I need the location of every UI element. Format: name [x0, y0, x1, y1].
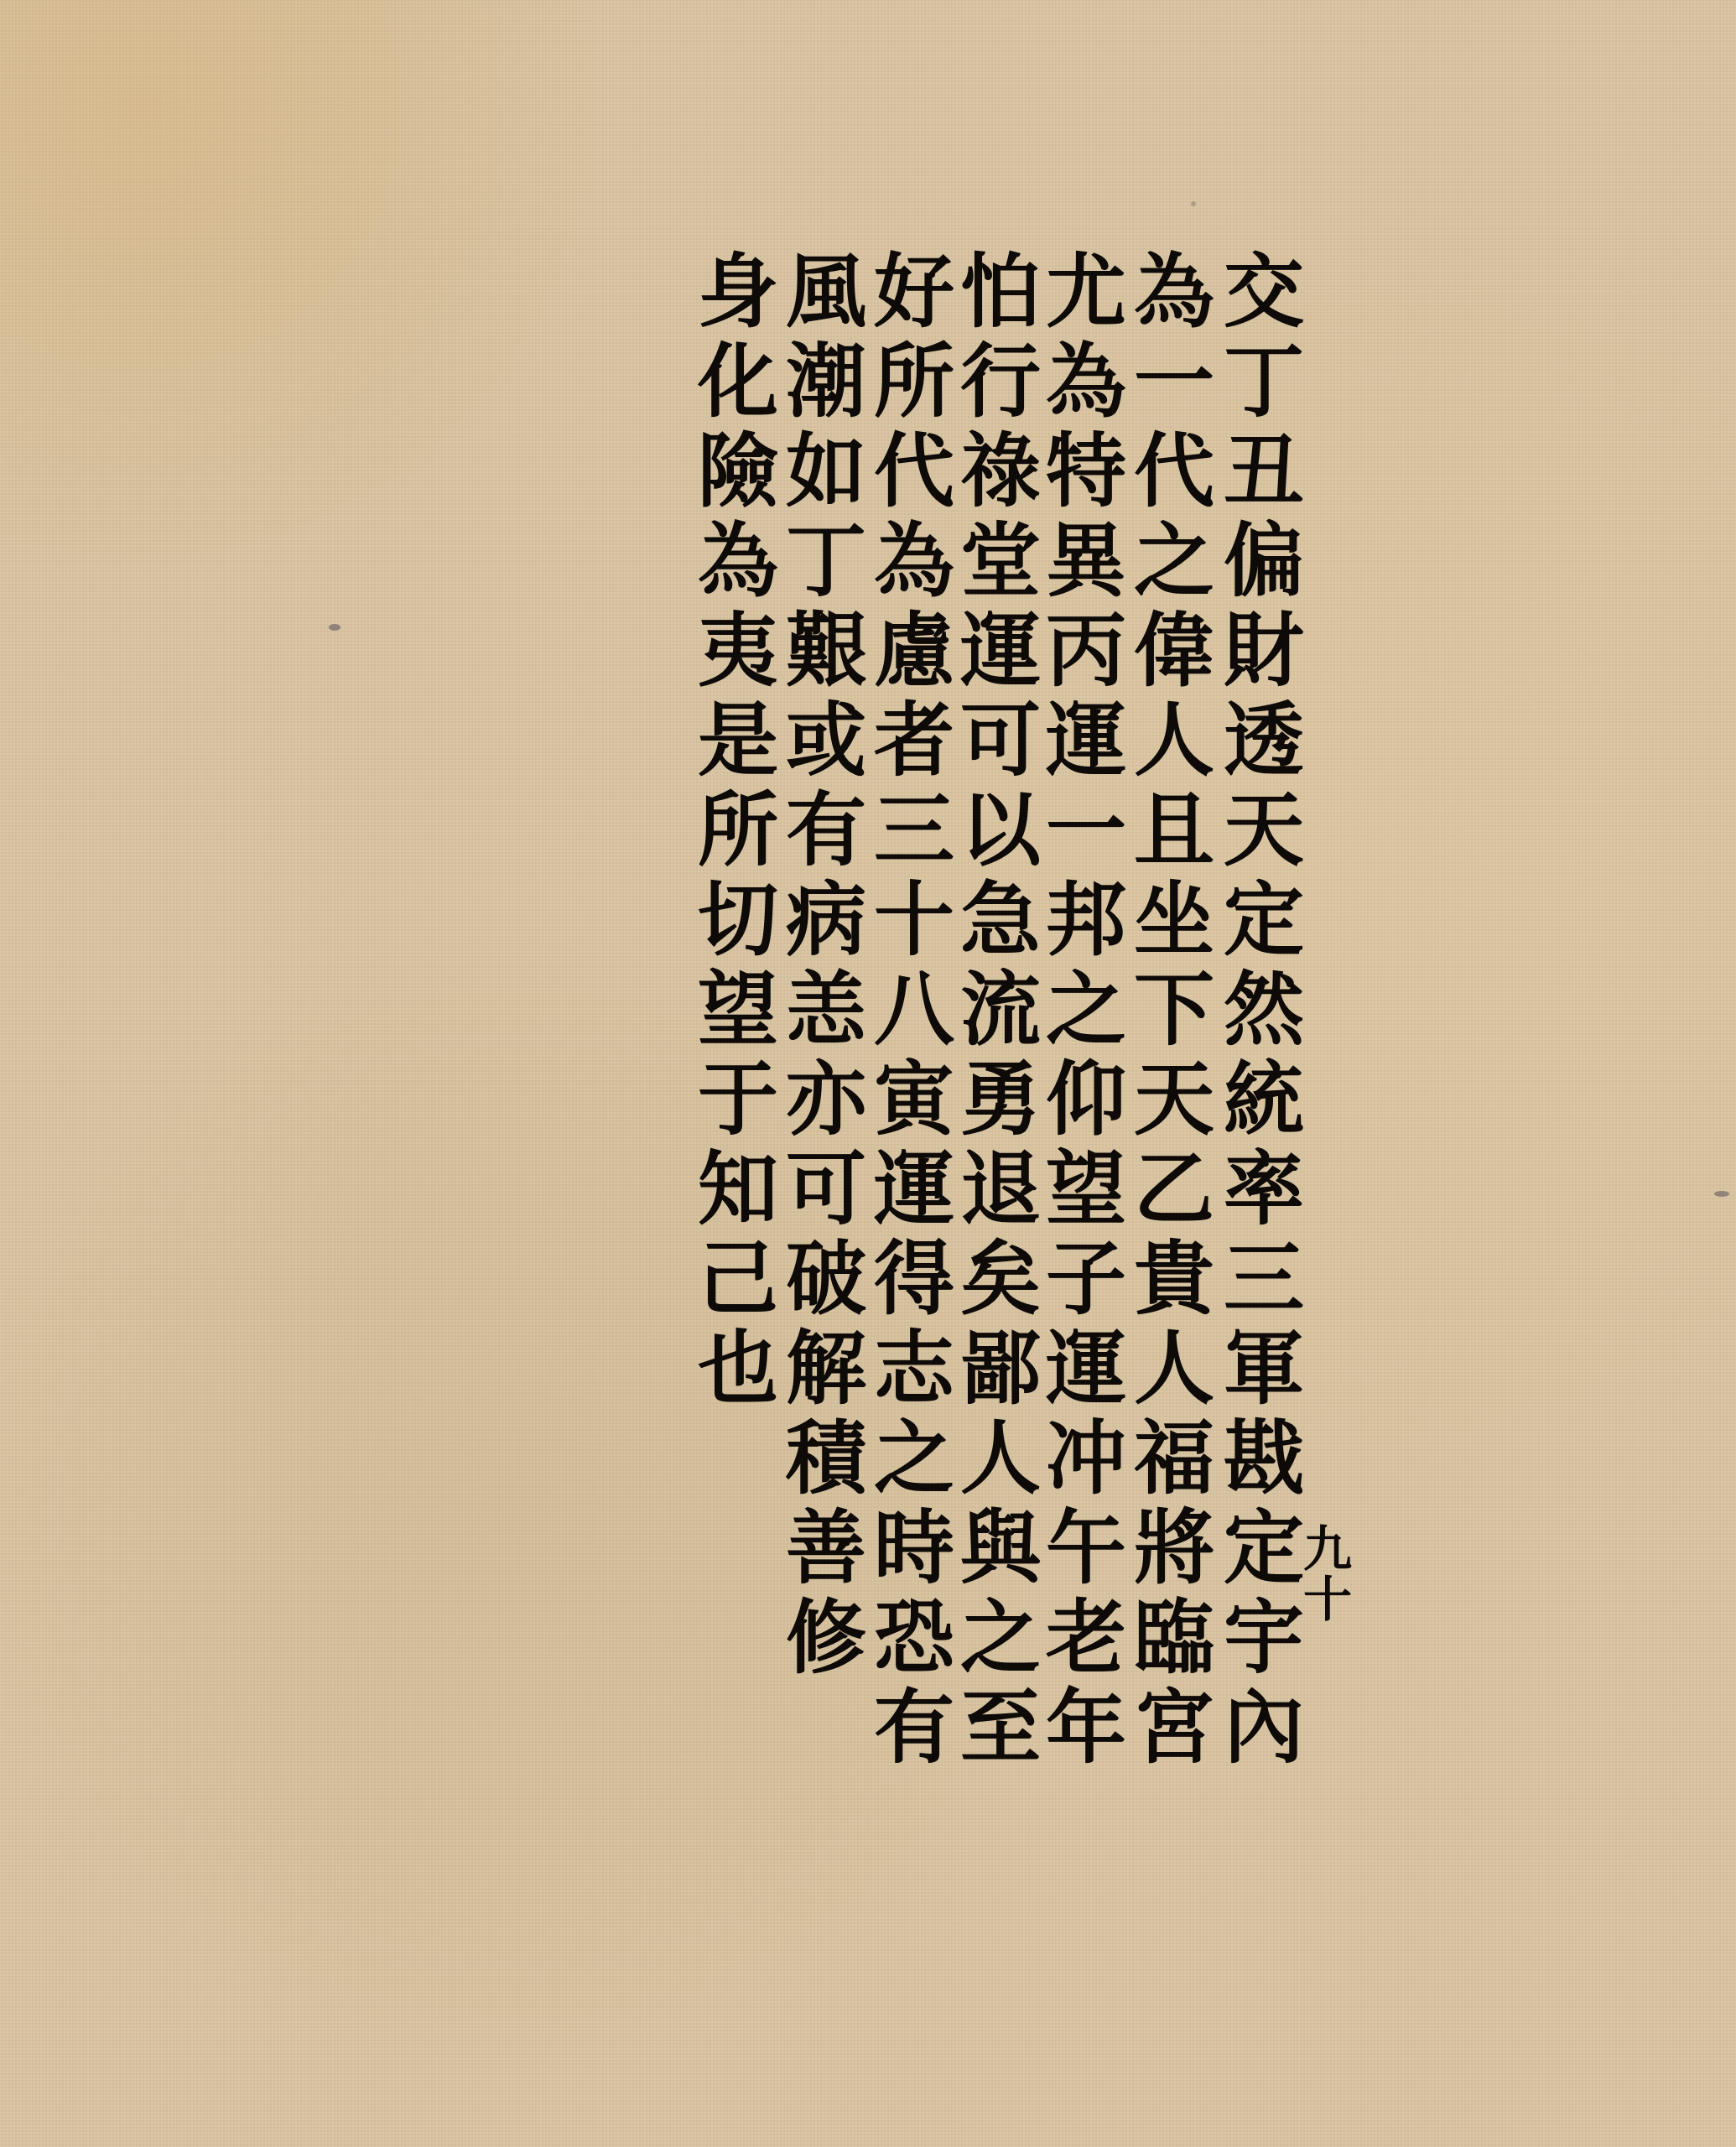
glyph: 可 [960, 700, 1041, 790]
text-column-7: 身化險為夷是所切望于知己也 [692, 252, 784, 1418]
glyph: 軍 [1224, 1328, 1304, 1418]
glyph: 人 [960, 1418, 1041, 1508]
glyph: 臨 [1134, 1598, 1214, 1687]
glyph: 宮 [1134, 1687, 1214, 1777]
glyph: 三 [1224, 1239, 1304, 1328]
paper-blemish [1714, 1191, 1729, 1197]
glyph: 透 [1224, 700, 1304, 790]
glyph: 是 [698, 700, 778, 790]
glyph: 十 [874, 880, 954, 970]
glyph: 率 [1224, 1149, 1304, 1239]
glyph: 有 [786, 790, 866, 880]
glyph: 破 [786, 1239, 866, 1328]
glyph: 也 [698, 1328, 778, 1418]
glyph: 為 [1134, 252, 1214, 341]
text-column-4: 怕行祿堂運可以急流勇退矣鄙人與之至 [954, 252, 1047, 1777]
glyph: 寅 [874, 1059, 954, 1149]
glyph: 之 [960, 1598, 1041, 1687]
glyph: 天 [1134, 1059, 1214, 1149]
glyph: 丙 [1046, 611, 1126, 700]
glyph: 好 [874, 252, 954, 341]
glyph: 得 [874, 1239, 954, 1328]
glyph: 老 [1046, 1598, 1126, 1687]
glyph: 為 [698, 521, 778, 611]
glyph: 財 [1224, 611, 1304, 700]
glyph: 病 [786, 880, 866, 970]
glyph: 怕 [960, 252, 1041, 341]
glyph: 人 [1134, 700, 1214, 790]
glyph: 艱 [786, 611, 866, 700]
glyph: 于 [698, 1059, 778, 1149]
glyph: 人 [1134, 1328, 1214, 1418]
glyph: 偏 [1224, 521, 1304, 611]
glyph: 祿 [960, 431, 1041, 521]
glyph: 險 [698, 431, 778, 521]
page-number: 九十 九十 [1298, 1525, 1357, 1625]
glyph: 邦 [1046, 880, 1126, 970]
glyph: 定 [1224, 1508, 1304, 1598]
glyph: 丑 [1224, 431, 1304, 521]
glyph: 如 [786, 431, 866, 521]
page-number-glyph: 十 [1303, 1575, 1352, 1625]
glyph: 冲 [1046, 1418, 1126, 1508]
glyph: 夷 [698, 611, 778, 700]
glyph: 尤 [1046, 252, 1126, 341]
glyph: 代 [874, 431, 954, 521]
glyph: 修 [786, 1598, 866, 1687]
glyph: 者 [874, 700, 954, 790]
glyph: 運 [1046, 700, 1126, 790]
text-column-1: 交丁丑偏財透天定然統率三軍戡定宇內 [1218, 252, 1310, 1777]
glyph: 潮 [786, 341, 866, 431]
glyph: 且 [1134, 790, 1214, 880]
glyph: 八 [874, 970, 954, 1059]
glyph: 己 [698, 1239, 778, 1328]
text-column-5: 好所代為慮者三十八寅運得志之時恐有 [868, 252, 960, 1777]
glyph: 異 [1046, 521, 1126, 611]
glyph: 交 [1224, 252, 1304, 341]
glyph: 內 [1224, 1687, 1304, 1777]
glyph: 急 [960, 880, 1041, 970]
glyph: 鄙 [960, 1328, 1041, 1418]
glyph: 一 [1046, 790, 1126, 880]
glyph: 時 [874, 1508, 954, 1598]
glyph: 午 [1046, 1508, 1126, 1598]
glyph: 有 [874, 1687, 954, 1777]
glyph: 所 [874, 341, 954, 431]
glyph: 知 [698, 1149, 778, 1239]
glyph: 積 [786, 1418, 866, 1508]
paper-blemish [1191, 201, 1196, 206]
glyph: 子 [1046, 1239, 1126, 1328]
glyph: 解 [786, 1328, 866, 1418]
glyph: 慮 [874, 611, 954, 700]
glyph: 善 [786, 1508, 866, 1598]
glyph: 恙 [786, 970, 866, 1059]
glyph: 切 [698, 880, 778, 970]
glyph: 貴 [1134, 1239, 1214, 1328]
glyph: 年 [1046, 1687, 1126, 1777]
glyph: 與 [960, 1508, 1041, 1598]
glyph: 丁 [786, 521, 866, 611]
glyph: 風 [786, 252, 866, 341]
glyph: 將 [1134, 1508, 1214, 1598]
glyph: 堂 [960, 521, 1041, 611]
glyph: 為 [874, 521, 954, 611]
scanned-page: 交丁丑偏財透天定然統率三軍戡定宇內 為一代之偉人且坐下天乙貴人福將臨宮 尤為特異… [0, 0, 1736, 2147]
text-column-6: 風潮如丁艱或有病恙亦可破解積善修 [780, 252, 872, 1687]
glyph: 以 [960, 790, 1041, 880]
page-number-glyph: 九 [1303, 1525, 1352, 1575]
text-column-2: 為一代之偉人且坐下天乙貴人福將臨宮 [1128, 252, 1220, 1777]
glyph: 下 [1134, 970, 1214, 1059]
glyph: 坐 [1134, 880, 1214, 970]
glyph: 運 [1046, 1328, 1126, 1418]
glyph: 望 [1046, 1149, 1126, 1239]
glyph: 天 [1224, 790, 1304, 880]
glyph: 戡 [1224, 1418, 1304, 1508]
glyph: 亦 [786, 1059, 866, 1149]
glyph: 一 [1134, 341, 1214, 431]
glyph: 乙 [1134, 1149, 1214, 1239]
text-column-3: 尤為特異丙運一邦之仰望子運冲午老年 [1040, 252, 1132, 1777]
glyph: 之 [874, 1418, 954, 1508]
glyph: 特 [1046, 431, 1126, 521]
glyph: 定 [1224, 880, 1304, 970]
glyph: 代 [1134, 431, 1214, 521]
glyph: 之 [1134, 521, 1214, 611]
glyph: 或 [786, 700, 866, 790]
glyph: 仰 [1046, 1059, 1126, 1149]
glyph: 志 [874, 1328, 954, 1418]
glyph: 為 [1046, 341, 1126, 431]
glyph: 然 [1224, 970, 1304, 1059]
glyph: 恐 [874, 1598, 954, 1687]
glyph: 流 [960, 970, 1041, 1059]
glyph: 宇 [1224, 1598, 1304, 1687]
glyph: 運 [874, 1149, 954, 1239]
glyph: 所 [698, 790, 778, 880]
glyph: 偉 [1134, 611, 1214, 700]
glyph: 至 [960, 1687, 1041, 1777]
glyph: 望 [698, 970, 778, 1059]
glyph: 勇 [960, 1059, 1041, 1149]
glyph: 統 [1224, 1059, 1304, 1149]
glyph: 化 [698, 341, 778, 431]
glyph: 矣 [960, 1239, 1041, 1328]
glyph: 行 [960, 341, 1041, 431]
glyph: 身 [698, 252, 778, 341]
glyph: 丁 [1224, 341, 1304, 431]
paper-blemish [329, 624, 340, 631]
glyph: 退 [960, 1149, 1041, 1239]
glyph: 運 [960, 611, 1041, 700]
glyph: 三 [874, 790, 954, 880]
glyph: 可 [786, 1149, 866, 1239]
glyph: 福 [1134, 1418, 1214, 1508]
glyph: 之 [1046, 970, 1126, 1059]
